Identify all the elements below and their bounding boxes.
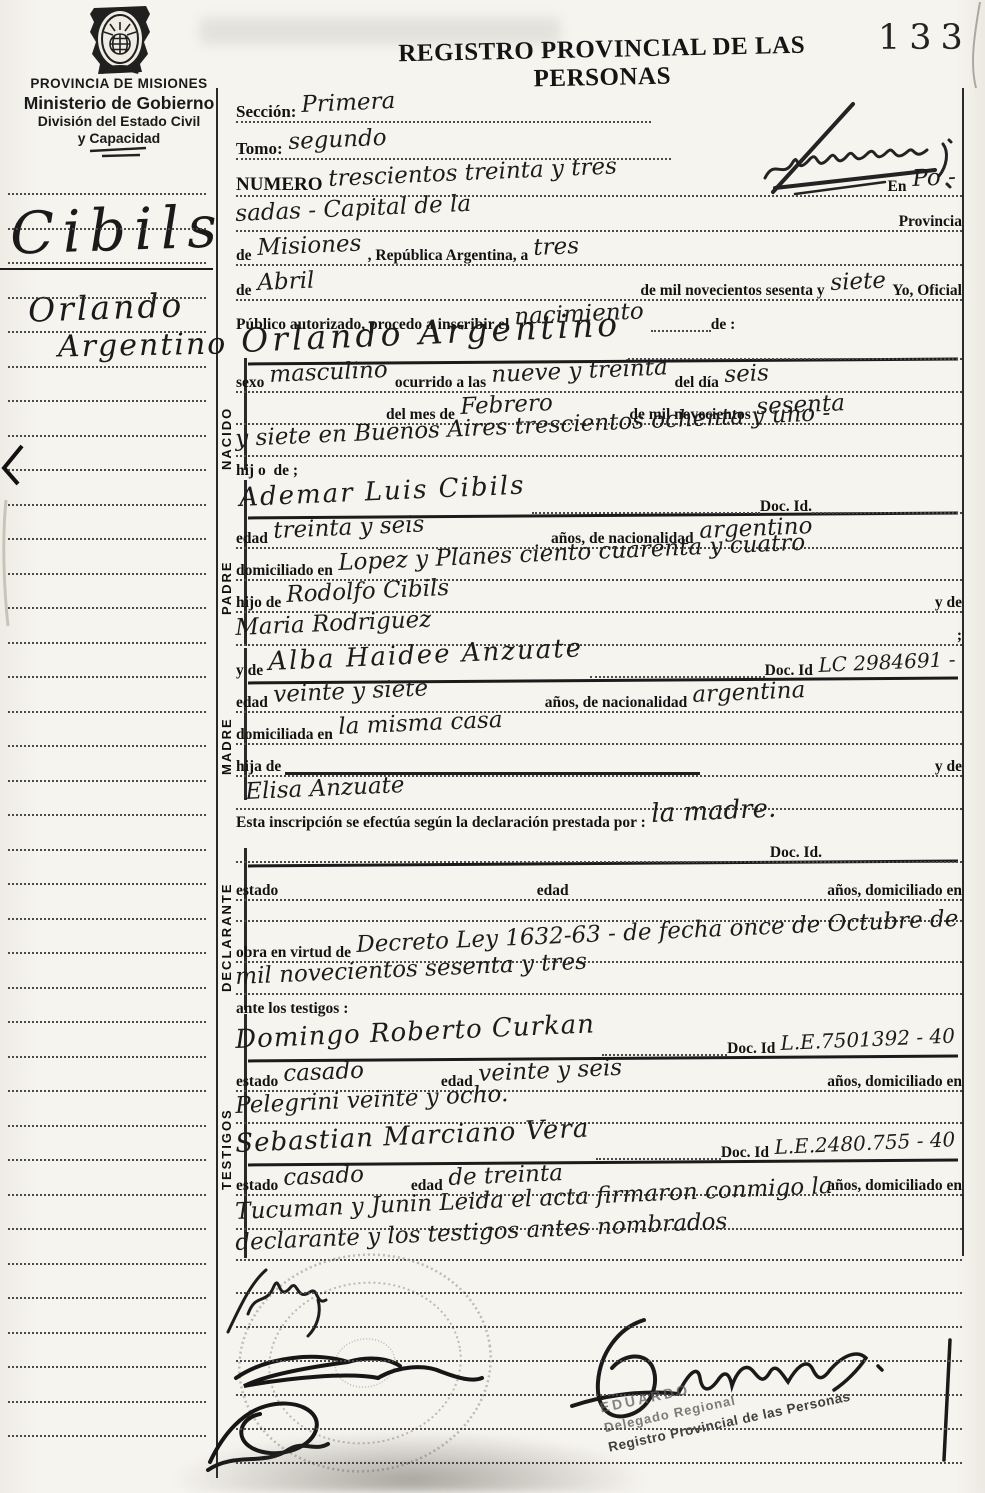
numero-label: NUMERO — [236, 175, 323, 194]
line-madre-domicilio: domiciliada en la misma casa — [236, 710, 962, 745]
letterhead-division-1: División del Estado Civil — [14, 113, 224, 131]
margin-dotted-line — [8, 1401, 206, 1403]
madre-docid: LC 2984691 - — [818, 649, 956, 675]
margin-dotted-line — [8, 642, 206, 644]
line-ciudad: sadas - Capital de la Provincia — [236, 197, 962, 232]
line-numero: NUMERO trescientos treinta y tres En Po … — [236, 162, 962, 197]
margin-dotted-line — [8, 1366, 206, 1368]
provincial-seal-icon — [86, 2, 154, 78]
margin-dotted-line — [8, 193, 206, 195]
padre-hijo-label: hijo de — [236, 595, 281, 611]
margin-dotted-line — [8, 1090, 206, 1092]
margin-dotted-line — [8, 1159, 206, 1161]
de2-label: de — [236, 283, 252, 299]
page-corner-crease — [930, 0, 985, 90]
padre-dom-label: domiciliado en — [236, 563, 333, 579]
madre-edad-value: veinte y siete — [273, 677, 429, 707]
line-madre-nombre: y de Alba Haidee Anzuate Doc. Id LC 2984… — [236, 636, 962, 679]
madre-nac-label: años, de nacionalidad — [545, 695, 688, 711]
margin-dotted-line — [8, 228, 206, 230]
section-label-declarante: DECLARANTE — [219, 862, 234, 992]
republica-label: , República Argentina, a — [368, 248, 529, 264]
line-inscripto: Orlando Argentino — [236, 314, 962, 361]
anio-label: de mil novecientos sesenta y — [640, 283, 824, 299]
margin-dotted-line — [8, 331, 206, 333]
margin-dotted-line — [8, 366, 206, 368]
margin-surname: Cibils — [9, 192, 226, 267]
sexo-value: masculino — [269, 359, 388, 387]
margin-dotted-line — [8, 987, 206, 989]
section-label-padre: PADRE — [219, 525, 234, 615]
dia-value: tres — [533, 235, 580, 260]
line-declarante-doc: Doc. Id. — [236, 830, 962, 863]
signature-area-dotted-line — [236, 1292, 962, 1294]
margin-dotted-line — [8, 711, 206, 713]
testigo1-docid-label: Doc. Id — [727, 1041, 775, 1057]
padre-nombre: Ademar Luis Cibils — [239, 473, 526, 511]
line-madre-edad: edad veinte y siete años, de nacionalida… — [236, 676, 962, 713]
ciudad-value: sadas - Capital de la — [235, 193, 472, 226]
margin-dotted-line — [8, 1021, 206, 1023]
testigo2-estado-label: estado — [236, 1178, 278, 1194]
line-provincia: de Misiones , República Argentina, a tre… — [236, 231, 962, 266]
margin-dotted-line — [8, 1194, 206, 1196]
testigo1-estado-label: estado — [236, 1074, 278, 1090]
margin-dotted-line — [8, 1332, 206, 1334]
testigo1-docid: L.E.7501392 - 40 — [780, 1025, 955, 1053]
margin-given-1: Orlando — [27, 285, 185, 329]
obra-label: obra en virtud de — [236, 945, 351, 961]
line-padre-nombre: Ademar Luis Cibils Doc. Id. — [236, 470, 962, 515]
letterhead-ministry: Ministerio de Gobierno — [8, 93, 230, 115]
signature-area-dotted-line — [236, 1326, 962, 1328]
declaracion-label: Esta inscripción se efectúa según la dec… — [236, 815, 646, 831]
margin-divider-line — [216, 88, 218, 1478]
margin-dotted-line — [8, 607, 206, 609]
margin-dotted-line — [8, 262, 206, 264]
testigo2-docid-label: Doc. Id — [721, 1145, 769, 1161]
line-declarante-estado: estado edad años, domiciliado en — [236, 866, 962, 901]
decreto-value-1: Decreto Ley 1632-63 - de fecha once de O… — [356, 908, 959, 957]
signature-declarante — [222, 1262, 372, 1340]
inscripto-name: Orlando Argentino — [240, 307, 621, 357]
margin-solid-rule — [0, 268, 213, 270]
testigo1-nombre: Domingo Roberto Curkan — [235, 1011, 596, 1053]
de-label: de — [236, 248, 252, 264]
line-padre-domicilio: domiciliado en Lopez y Planes ciento cua… — [236, 546, 962, 581]
sexo-label: sexo — [236, 375, 264, 391]
seccion-label: Sección: — [236, 103, 296, 120]
margin-dotted-line — [8, 1297, 206, 1299]
madre-nacionalidad: argentina — [692, 679, 806, 707]
registrar-stamp-name: EDUARDO — [598, 1347, 844, 1419]
right-border-line — [962, 88, 964, 1256]
testigo1-domicilio: Pelegrini veinte y ocho. — [235, 1083, 509, 1118]
testigo2-docid: L.E.2480.755 - 40 — [774, 1129, 956, 1157]
hora-value: nueve y treinta — [491, 356, 668, 387]
birth-certificate-scan: PROVINCIA DE MISIONES Ministerio de Gobi… — [0, 0, 985, 1493]
madre-nombre: Alba Haidee Anzuate — [268, 635, 584, 675]
letterhead-province: PROVINCIA DE MISIONES — [14, 76, 224, 93]
en-label: En — [888, 179, 907, 195]
margin-dotted-line — [8, 435, 206, 437]
margin-dotted-line — [8, 400, 206, 402]
section-label-nacido: NACIDO — [219, 370, 234, 470]
provincia-label: Provincia — [899, 214, 962, 230]
margin-dotted-line — [8, 504, 206, 506]
testigo1-anios-label: años, domiciliado en — [827, 1074, 962, 1090]
registrar-signature — [548, 1310, 968, 1480]
declarante-estado-label: estado — [236, 883, 278, 899]
line-testigo2-nombre: Sebastian Marciano Vera Doc. Id L.E.2480… — [236, 1116, 962, 1161]
margin-dotted-line — [8, 1125, 206, 1127]
registrar-stamp-title: Delegado Regional — [602, 1367, 848, 1437]
testigo1-estado: casado — [283, 1060, 365, 1086]
signature-area-dotted-line — [236, 1394, 962, 1396]
margin-dotted-line — [8, 297, 206, 299]
signature-testigo-2 — [204, 1382, 374, 1477]
tomo-value: segundo — [287, 127, 386, 154]
margin-dotted-line — [8, 780, 206, 782]
mes-value: Abril — [256, 270, 314, 295]
en-value: Po - — [911, 166, 955, 191]
margin-dotted-line — [8, 918, 206, 920]
line-decreto: obra en virtud de Decreto Ley 1632-63 - … — [236, 926, 962, 963]
tomo-label: Tomo: — [236, 140, 283, 157]
margin-dotted-line — [8, 1263, 206, 1265]
line-mes: de Abril de mil novecientos sesenta y si… — [236, 266, 962, 301]
padre-yde-label: y de — [935, 595, 962, 611]
letterhead-flourish — [88, 146, 158, 160]
padre-edad-label: edad — [236, 531, 268, 547]
section-label-madre: MADRE — [219, 685, 234, 775]
line-cierre-2: declarante y los testigos antes nombrado… — [236, 1226, 962, 1261]
dia-nacido-value: seis — [724, 362, 770, 387]
round-ministry-stamp — [225, 1245, 505, 1480]
line-padre-abuelo: hijo de Rodolfo Cibils y de — [236, 578, 962, 613]
provincia-value: Misiones — [256, 232, 361, 260]
registrar-stamp: EDUARDO Delegado Regional Registro Provi… — [598, 1347, 852, 1458]
madre-dom-label: domiciliada en — [236, 727, 333, 743]
margin-dotted-line — [8, 469, 206, 471]
margin-dotted-line — [8, 573, 206, 575]
page-number: 133 — [878, 18, 972, 58]
margin-dotted-line — [8, 745, 206, 747]
line-sexo: sexo masculino ocurrido a las nueve y tr… — [236, 356, 962, 393]
margin-dotted-line — [8, 1228, 206, 1230]
madre-yde2-label: y de — [935, 759, 962, 775]
yo-oficial-label: Yo, Oficial — [892, 283, 962, 299]
madre-domicilio: la misma casa — [338, 709, 503, 739]
declarante-anios-label: años, domiciliado en — [827, 883, 962, 899]
dia-label: del día — [675, 375, 719, 391]
ocurrido-label: ocurrido a las — [395, 375, 486, 391]
declarante-edad-label: edad — [537, 883, 569, 899]
margin-dotted-line — [8, 676, 206, 678]
ink-bleed-smudge — [200, 18, 560, 44]
margin-dotted-line — [8, 952, 206, 954]
signature-area-dotted-line — [236, 1428, 962, 1430]
margin-dotted-line — [8, 538, 206, 540]
scan-shadow — [170, 1430, 650, 1492]
signature-area-dotted-line — [236, 1360, 962, 1362]
abuelo-paterno: Rodolfo Cibils — [286, 577, 450, 607]
line-seccion: Sección: Primera — [236, 88, 651, 123]
numero-value: trescientos treinta y tres — [327, 155, 616, 191]
testigo2-estado: casado — [283, 1164, 365, 1190]
margin-dotted-line — [8, 1056, 206, 1058]
section-label-testigos: TESTIGOS — [219, 1080, 234, 1190]
line-madre-hija-de: hija de y de — [236, 742, 962, 777]
anio-value: siete — [829, 270, 886, 295]
line-declaracion: Esta inscripción se efectúa según la dec… — [236, 800, 962, 831]
declarante-value: la madre. — [650, 796, 776, 827]
paper-tear-mark — [0, 440, 26, 630]
margin-dotted-line — [8, 1435, 206, 1437]
signature-area-dotted-line — [236, 1462, 962, 1464]
letterhead-division-2: y Capacidad — [14, 130, 224, 148]
margin-dotted-line — [8, 849, 206, 851]
signature-testigo-1 — [228, 1338, 488, 1400]
seccion-value: Primera — [301, 90, 396, 117]
registrar-stamp-org: Registro Provincial de las Personas — [606, 1386, 852, 1457]
declarante-docid-label: Doc. Id. — [770, 845, 822, 861]
madre-hija-label: hija de — [236, 759, 281, 775]
margin-dotted-line — [8, 814, 206, 816]
margin-given-2: Argentino — [58, 327, 228, 365]
madre-edad-label: edad — [236, 695, 268, 711]
line-testigo1-nombre: Domingo Roberto Curkan Doc. Id L.E.75013… — [236, 1012, 962, 1057]
testigo2-anios-label: años, domiciliado en — [827, 1178, 962, 1194]
padre-edad-value: treinta y seis — [273, 513, 425, 543]
line-testigo1-estado: estado casado edad veinte y seis años, d… — [236, 1055, 962, 1092]
testigo2-nombre: Sebastian Marciano Vera — [235, 1116, 590, 1157]
margin-dotted-line — [8, 883, 206, 885]
